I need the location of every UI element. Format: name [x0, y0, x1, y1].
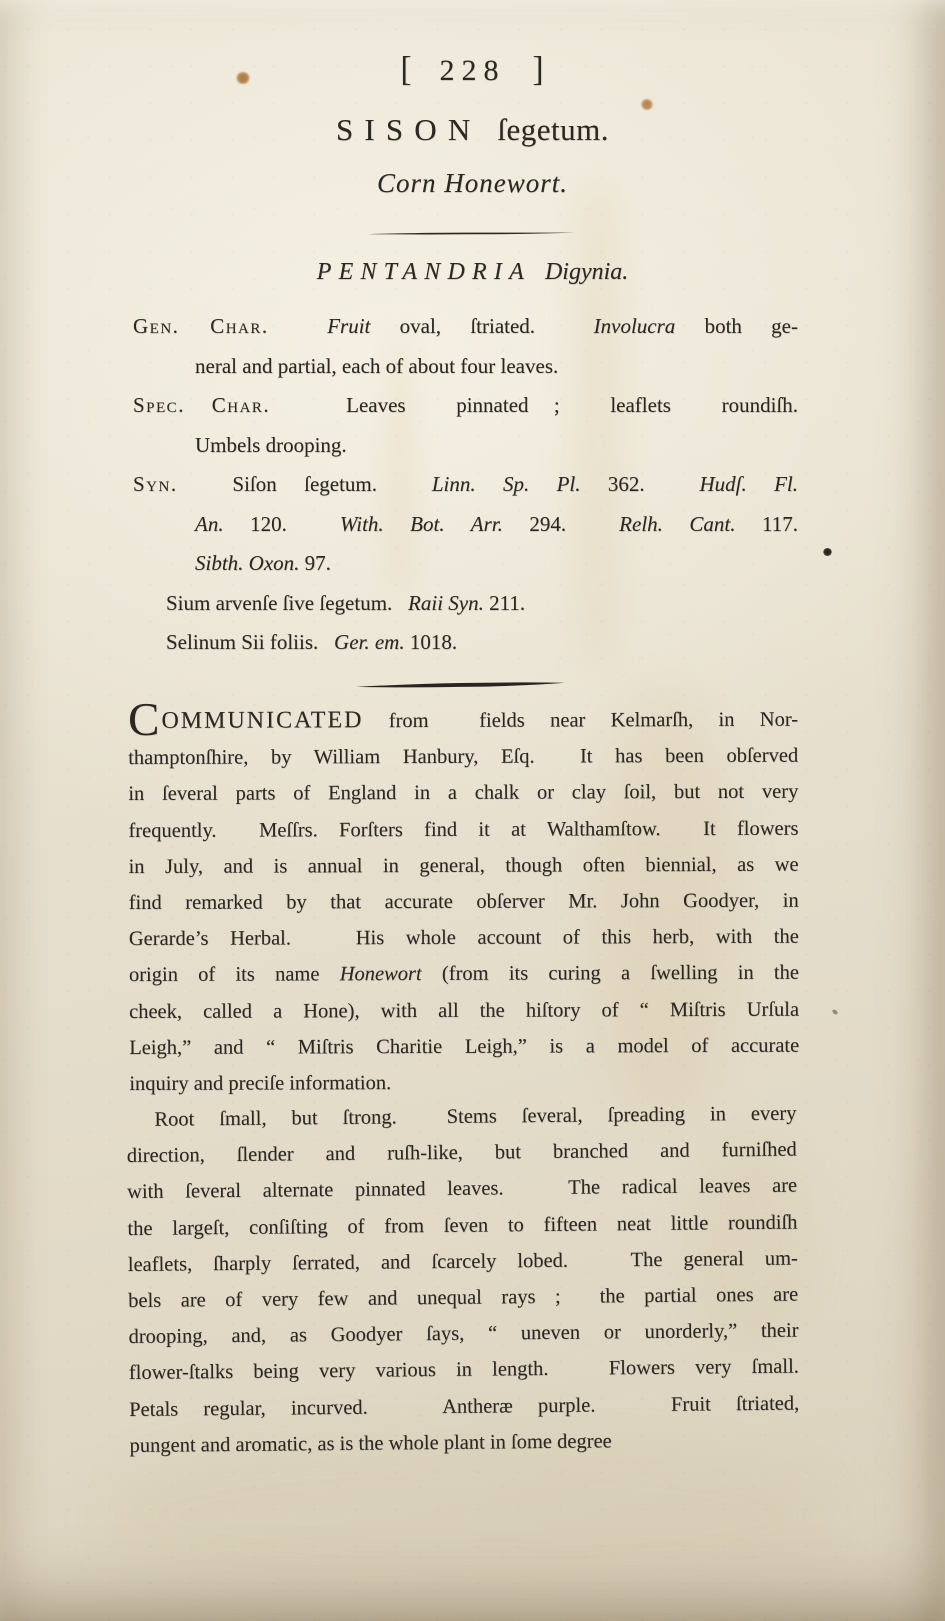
- text-segment-caps: OMMUNICATED: [161, 707, 363, 734]
- text-segment-r: 120.: [224, 512, 340, 536]
- text-line: Selinum Sii foliis. Ger. em. 1018.: [133, 623, 798, 663]
- text-segment-r: inquiry and preciſe information.: [129, 1072, 391, 1095]
- text-segment-r: 294.: [503, 512, 619, 536]
- text-segment-r: oval, ſtriated.: [370, 314, 593, 338]
- text-segment-r: in ſeveral parts of England in a chalk o…: [128, 781, 798, 805]
- character-descriptions: Gen. Char. Fruit oval, ſtriated. Involuc…: [133, 307, 798, 663]
- text-segment-r: with ſeveral alternate pinnated leaves. …: [127, 1175, 797, 1203]
- divider-rule-thin: [368, 230, 575, 236]
- text-line: Petals regular, incurved. Antheræ purple…: [129, 1385, 799, 1428]
- text-segment-i: Sibth. Oxon.: [195, 551, 299, 575]
- text-segment-r: Gerarde’s Herbal. His whole account of t…: [129, 926, 799, 950]
- page-number-open-bracket: [: [401, 51, 413, 90]
- text-segment-r: Petals regular, incurved. Antheræ purple…: [129, 1392, 799, 1420]
- text-segment-r: 362.: [581, 472, 700, 496]
- text-segment-r: direction, ſlender and ruſh-like, but br…: [127, 1139, 797, 1167]
- ink-speck: [823, 548, 832, 556]
- text-segment-r: Leaves pinnated ; leaflets roundiſh.: [270, 393, 798, 417]
- common-name: Corn Honewort.: [0, 168, 945, 199]
- genus-name: SISON: [336, 112, 481, 147]
- body-text: COMMUNICATED from fields near Kelmarſh, …: [128, 702, 798, 1464]
- text-segment-r: 1018.: [405, 630, 458, 654]
- text-line: Gen. Char. Fruit oval, ſtriated. Involuc…: [133, 307, 798, 347]
- text-line: Spec. Char. Leaves pinnated ; leaflets r…: [133, 386, 798, 426]
- text-segment-r: flower-ſtalks being very various in leng…: [129, 1356, 799, 1384]
- paragraph-description: Root ſmall, but ſtrong. Stems ſeveral, ſ…: [126, 1096, 799, 1464]
- text-segment-r: Sium arvenſe ſive ſegetum.: [166, 591, 408, 615]
- text-segment-r: Selinum Sii foliis.: [166, 630, 334, 654]
- text-segment-i: Ger. em.: [334, 630, 405, 654]
- text-segment-r: leaflets, ſharply ſerrated, and ſcarcely…: [128, 1248, 798, 1276]
- text-segment-r: frequently. Meſſrs. Forſters find it at …: [128, 817, 798, 841]
- text-segment-r: pungent and aromatic, as is the whole pl…: [129, 1430, 611, 1457]
- text-line: Sibth. Oxon. 97.: [133, 544, 798, 584]
- text-segment-r: neral and partial, each of about four le…: [195, 354, 558, 378]
- text-segment-label: Gen. Char.: [133, 314, 269, 338]
- page-number-value: 228: [440, 54, 506, 87]
- text-segment-i: With. Bot. Arr.: [340, 512, 503, 536]
- species-title: SISONſegetum.: [0, 112, 945, 148]
- text-segment-i: Hudſ. Fl.: [699, 472, 798, 496]
- text-line: neral and partial, each of about four le…: [133, 347, 798, 387]
- text-segment-i: An.: [195, 512, 224, 536]
- text-segment-r: Siſon ſegetum.: [178, 472, 432, 496]
- text-segment-initial: C: [128, 694, 162, 746]
- text-segment-r: in July, and is annual in general, thoug…: [129, 853, 799, 877]
- scanned-book-page: [228] SISONſegetum. Corn Honewort. PENTA…: [0, 0, 945, 1621]
- divider-rule-swelled: [356, 680, 565, 691]
- taxonomy-line: PENTANDRIADigynia.: [0, 259, 945, 286]
- text-line: thamptonſhire, by William Hanbury, Eſq. …: [128, 738, 798, 777]
- text-segment-r: bels are of very few and unequal rays ; …: [128, 1284, 798, 1312]
- text-segment-label: Syn.: [133, 472, 178, 496]
- text-segment-r: thamptonſhire, by William Hanbury, Eſq. …: [128, 745, 798, 769]
- text-line: cheek, called a Hone), with all the hiſt…: [129, 991, 799, 1030]
- text-line: Gerarde’s Herbal. His whole account of t…: [129, 919, 799, 958]
- text-segment-r: 97.: [299, 551, 331, 575]
- text-segment-i: Honewort: [340, 963, 422, 985]
- page-number: [228]: [0, 52, 945, 89]
- text-segment-r: drooping, and, as Goodyer ſays, “ uneven…: [128, 1320, 798, 1348]
- text-line: in ſeveral parts of England in a chalk o…: [128, 774, 798, 813]
- species-epithet: ſegetum.: [497, 112, 609, 147]
- text-segment-i: Raii Syn.: [408, 591, 484, 615]
- text-segment-r: (from its curing a ſwelling in the: [422, 962, 799, 985]
- text-segment-label: Spec. Char.: [133, 393, 270, 417]
- text-segment-r: [269, 314, 328, 338]
- ink-speck: [831, 1009, 838, 1016]
- text-line: Syn. Siſon ſegetum. Linn. Sp. Pl. 362. H…: [133, 465, 798, 505]
- text-line: COMMUNICATED from fields near Kelmarſh, …: [128, 700, 798, 741]
- text-segment-r: from fields near Kelmarſh, in Nor-: [363, 709, 798, 733]
- text-segment-i: Relh. Cant.: [619, 512, 735, 536]
- text-segment-r: Umbels drooping.: [195, 433, 347, 457]
- text-line: origin of its name Honewort (from its cu…: [129, 955, 799, 994]
- page-number-close-bracket: ]: [533, 51, 545, 90]
- text-line: frequently. Meſſrs. Forſters find it at …: [128, 810, 798, 849]
- text-line: Leigh,” and “ Miſtris Charitie Leigh,” i…: [129, 1027, 799, 1066]
- paragraph-communicated: COMMUNICATED from fields near Kelmarſh, …: [128, 700, 799, 1103]
- text-line: with ſeveral alternate pinnated leaves. …: [127, 1168, 797, 1211]
- text-segment-i: Fruit: [327, 314, 370, 338]
- text-segment-r: 117.: [736, 512, 799, 536]
- text-segment-r: origin of its name: [129, 964, 340, 987]
- text-segment-r: both ge-: [675, 314, 798, 338]
- text-segment-r: find remarked by that accurate obſerver …: [129, 890, 799, 914]
- text-segment-r: 211.: [484, 591, 525, 615]
- text-segment-r: Leigh,” and “ Miſtris Charitie Leigh,” i…: [129, 1034, 799, 1058]
- text-line: Umbels drooping.: [133, 426, 798, 466]
- text-line: find remarked by that accurate obſerver …: [129, 883, 799, 922]
- text-line: An. 120. With. Bot. Arr. 294. Relh. Cant…: [133, 505, 798, 545]
- text-segment-r: the largeſt, conſiſting of from ſeven to…: [127, 1211, 797, 1239]
- text-segment-r: Root ſmall, but ſtrong. Stems ſeveral, ſ…: [154, 1103, 796, 1131]
- linnaean-order: Digynia.: [545, 259, 628, 285]
- text-line: pungent and aromatic, as is the whole pl…: [129, 1422, 799, 1465]
- text-line: Sium arvenſe ſive ſegetum. Raii Syn. 211…: [133, 584, 798, 624]
- linnaean-class: PENTANDRIA: [317, 259, 531, 285]
- foxing-spot: [641, 99, 653, 110]
- text-segment-i: Linn. Sp. Pl.: [432, 472, 581, 496]
- text-line: in July, and is annual in general, thoug…: [129, 846, 799, 885]
- text-line: flower-ſtalks being very various in leng…: [129, 1349, 799, 1392]
- text-segment-r: cheek, called a Hone), with all the hiſt…: [129, 998, 799, 1022]
- text-segment-i: Involucra: [594, 314, 676, 338]
